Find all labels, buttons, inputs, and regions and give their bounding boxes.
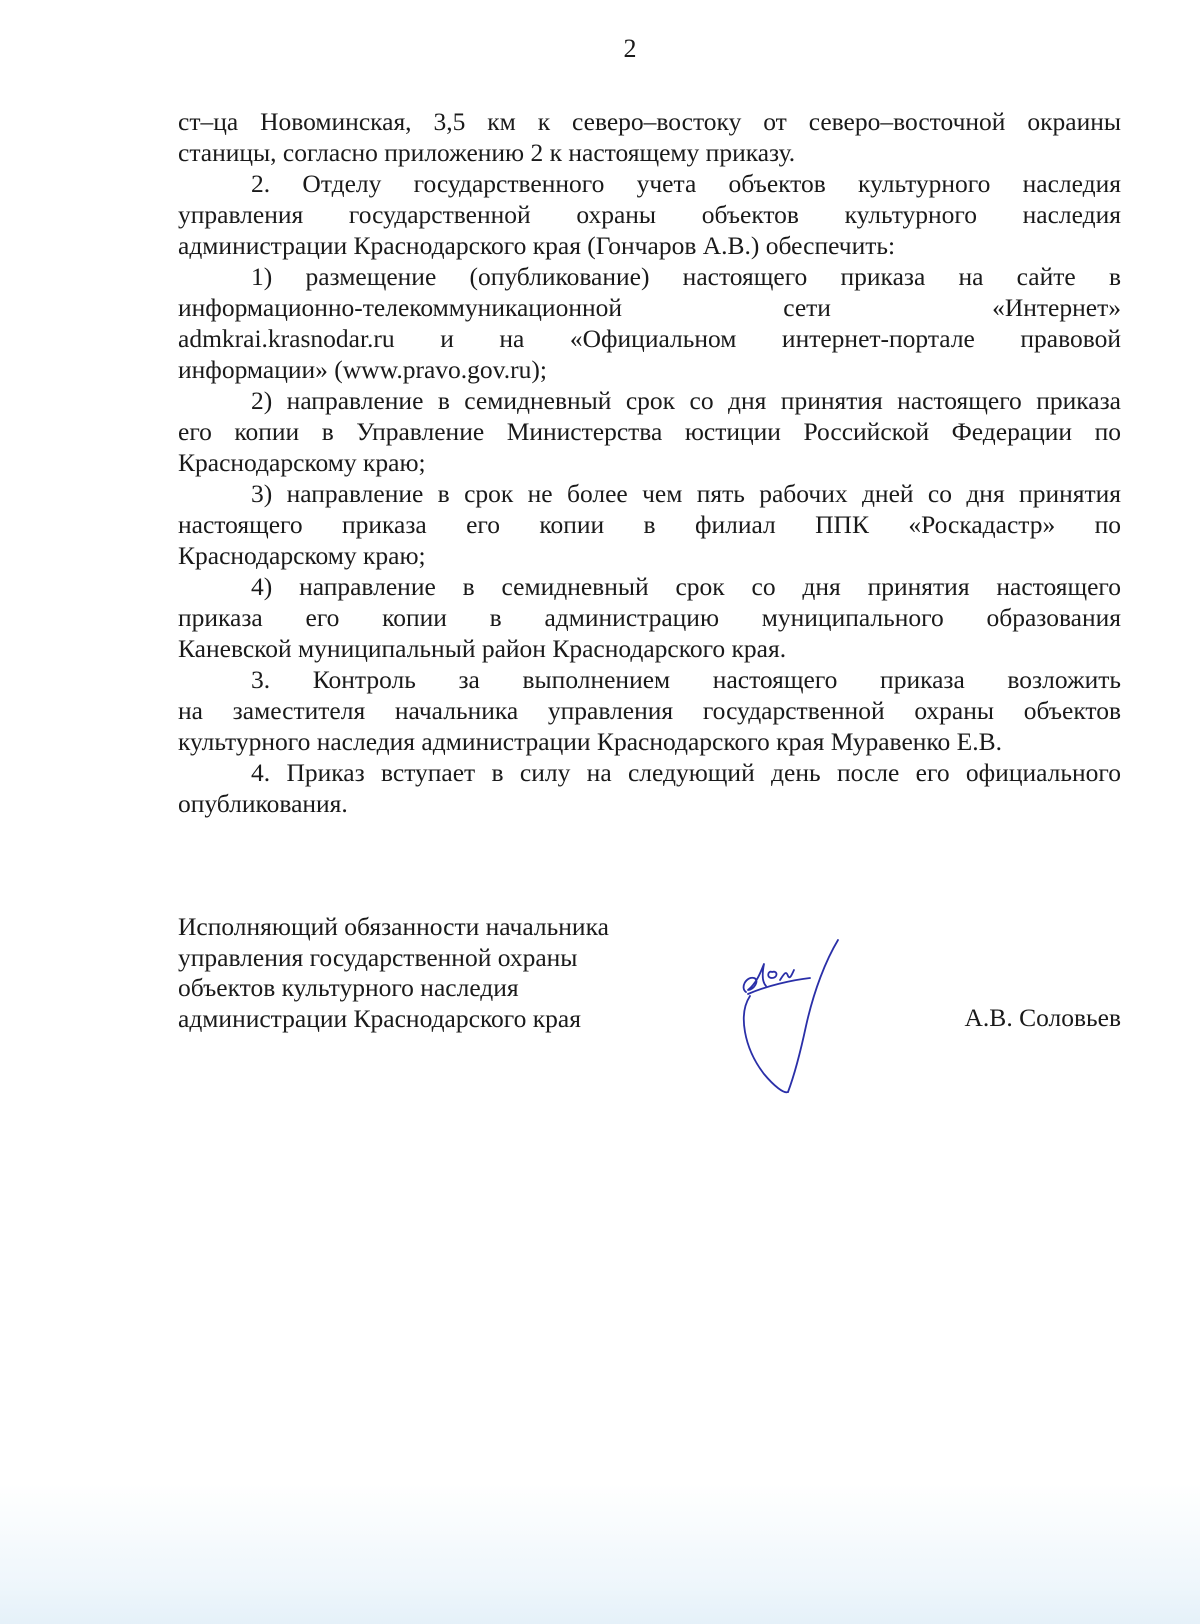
signer-title-line: Исполняющий обязанности начальника [178,912,1121,943]
text-line: 3) направление в срок не более чем пять … [178,478,1121,509]
paragraph-2-1: 1) размещение (опубликование) настоящего… [178,261,1121,385]
paragraph-2-4: 4) направление в семидневный срок со дня… [178,571,1121,664]
signature-block: Исполняющий обязанности начальника управ… [178,912,1121,1034]
text-line: информации» (www.pravo.gov.ru); [178,354,1121,385]
paragraph-2-2: 2) направление в семидневный срок со дня… [178,385,1121,478]
text-line: ст–ца Новоминская, 3,5 км к северо–восто… [178,106,1121,137]
text-line: admkrai.krasnodar.ru и на «Официальном и… [178,323,1121,354]
page-number: 2 [0,34,1200,64]
signer-title-line: управления государственной охраны [178,943,1121,974]
text-line: 1) размещение (опубликование) настоящего… [178,261,1121,292]
text-line: Краснодарскому краю; [178,447,1121,478]
text-line: 4. Приказ вступает в силу на следующий д… [178,757,1121,788]
scan-tint [0,1484,1200,1624]
text-line: приказа его копии в администрацию муници… [178,602,1121,633]
text-line: станицы, согласно приложению 2 к настоящ… [178,137,1121,168]
document-body: ст–ца Новоминская, 3,5 км к северо–восто… [178,106,1121,819]
paragraph-2: 2. Отделу государственного учета объекто… [178,168,1121,261]
handwritten-signature-icon [736,930,846,1100]
paragraph-continuation: ст–ца Новоминская, 3,5 км к северо–восто… [178,106,1121,168]
text-line: 2. Отделу государственного учета объекто… [178,168,1121,199]
text-line: Краснодарскому краю; [178,540,1121,571]
text-line: 3. Контроль за выполнением настоящего пр… [178,664,1121,695]
text-line: 4) направление в семидневный срок со дня… [178,571,1121,602]
text-line: его копии в Управление Министерства юсти… [178,416,1121,447]
signer-title-line: объектов культурного наследия [178,973,1121,1004]
text-line: опубликования. [178,788,1121,819]
text-line: настоящего приказа его копии в филиал ПП… [178,509,1121,540]
text-line: культурного наследия администрации Красн… [178,726,1121,757]
paragraph-3: 3. Контроль за выполнением настоящего пр… [178,664,1121,757]
text-line: управления государственной охраны объект… [178,199,1121,230]
text-line: администрации Краснодарского края (Гонча… [178,230,1121,261]
text-line: на заместителя начальника управления гос… [178,695,1121,726]
paragraph-4: 4. Приказ вступает в силу на следующий д… [178,757,1121,819]
text-line: Каневской муниципальный район Краснодарс… [178,633,1121,664]
text-line: информационно-телекоммуникационной сети … [178,292,1121,323]
text-line: 2) направление в семидневный срок со дня… [178,385,1121,416]
signer-name: А.В. Соловьев [965,1003,1121,1034]
paragraph-2-3: 3) направление в срок не более чем пять … [178,478,1121,571]
